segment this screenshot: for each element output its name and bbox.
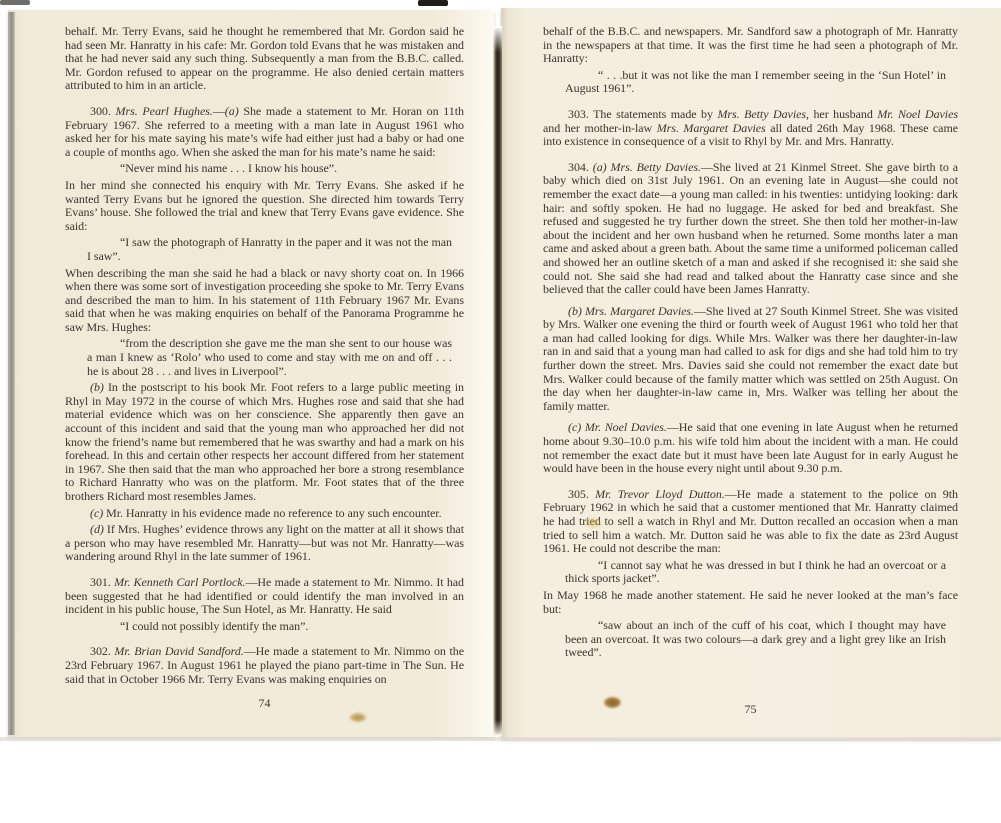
- paper-stain: [350, 713, 366, 722]
- paragraph: 301. Mr. Kenneth Carl Portlock.—He made …: [65, 576, 464, 617]
- scanner-edge-band: [0, 737, 1001, 741]
- quote-paragraph: “I cannot say what he was dressed in but…: [565, 559, 946, 586]
- paragraph: (d) If Mrs. Hughes’ evidence throws any …: [65, 523, 464, 564]
- paragraph: 305. Mr. Trevor Lloyd Dutton.—He made a …: [543, 488, 958, 556]
- paragraph: 304. (a) Mrs. Betty Davies.—She lived at…: [543, 161, 958, 297]
- paragraph: In her mind she connected his enquiry wi…: [65, 179, 464, 233]
- paragraph: behalf of the B.B.C. and newspapers. Mr.…: [543, 25, 958, 66]
- paragraph: (c) Mr. Noel Davies.—He said that one ev…: [543, 421, 958, 475]
- book-page-left: behalf. Mr. Terry Evans, said he thought…: [8, 10, 494, 737]
- paper-stain: [584, 518, 602, 528]
- quote-paragraph: “from the description she gave me the ma…: [87, 337, 452, 378]
- text-column-right: behalf of the B.B.C. and newspapers. Mr.…: [501, 8, 1001, 663]
- text-column-left: behalf. Mr. Terry Evans, said he thought…: [8, 10, 494, 689]
- quote-paragraph: “ . . .but it was not like the man I rem…: [565, 69, 946, 96]
- paragraph: (b) In the postscript to his book Mr. Fo…: [65, 381, 464, 503]
- book-page-right: behalf of the B.B.C. and newspapers. Mr.…: [501, 8, 1001, 739]
- scanned-book-spread: behalf. Mr. Terry Evans, said he thought…: [0, 0, 1001, 823]
- quote-paragraph: “I could not possibly identify the man”.: [87, 620, 452, 634]
- book-gutter-shadow: [493, 28, 502, 734]
- paper-stain: [604, 697, 621, 708]
- paragraph: 300. Mrs. Pearl Hughes.—(a) She made a s…: [65, 105, 464, 159]
- scan-artifact: [418, 0, 448, 6]
- paragraph: behalf. Mr. Terry Evans, said he thought…: [65, 25, 464, 93]
- quote-paragraph: “I saw the photograph of Hanratty in the…: [87, 236, 452, 263]
- quote-paragraph: “Never mind his name . . . I know his ho…: [87, 162, 452, 176]
- paragraph: 302. Mr. Brian David Sandford.—He made a…: [65, 645, 464, 686]
- paragraph: In May 1968 he made another statement. H…: [543, 589, 958, 616]
- scan-artifact: [0, 0, 30, 5]
- paragraph: 303. The statements made by Mrs. Betty D…: [543, 108, 958, 149]
- paragraph: (b) Mrs. Margaret Davies.—She lived at 2…: [543, 305, 958, 414]
- quote-paragraph: “saw about an inch of the cuff of his co…: [565, 619, 946, 660]
- paragraph: (c) Mr. Hanratty in his evidence made no…: [65, 507, 464, 521]
- page-number-left: 74: [65, 696, 464, 711]
- paragraph: When describing the man she said he had …: [65, 267, 464, 335]
